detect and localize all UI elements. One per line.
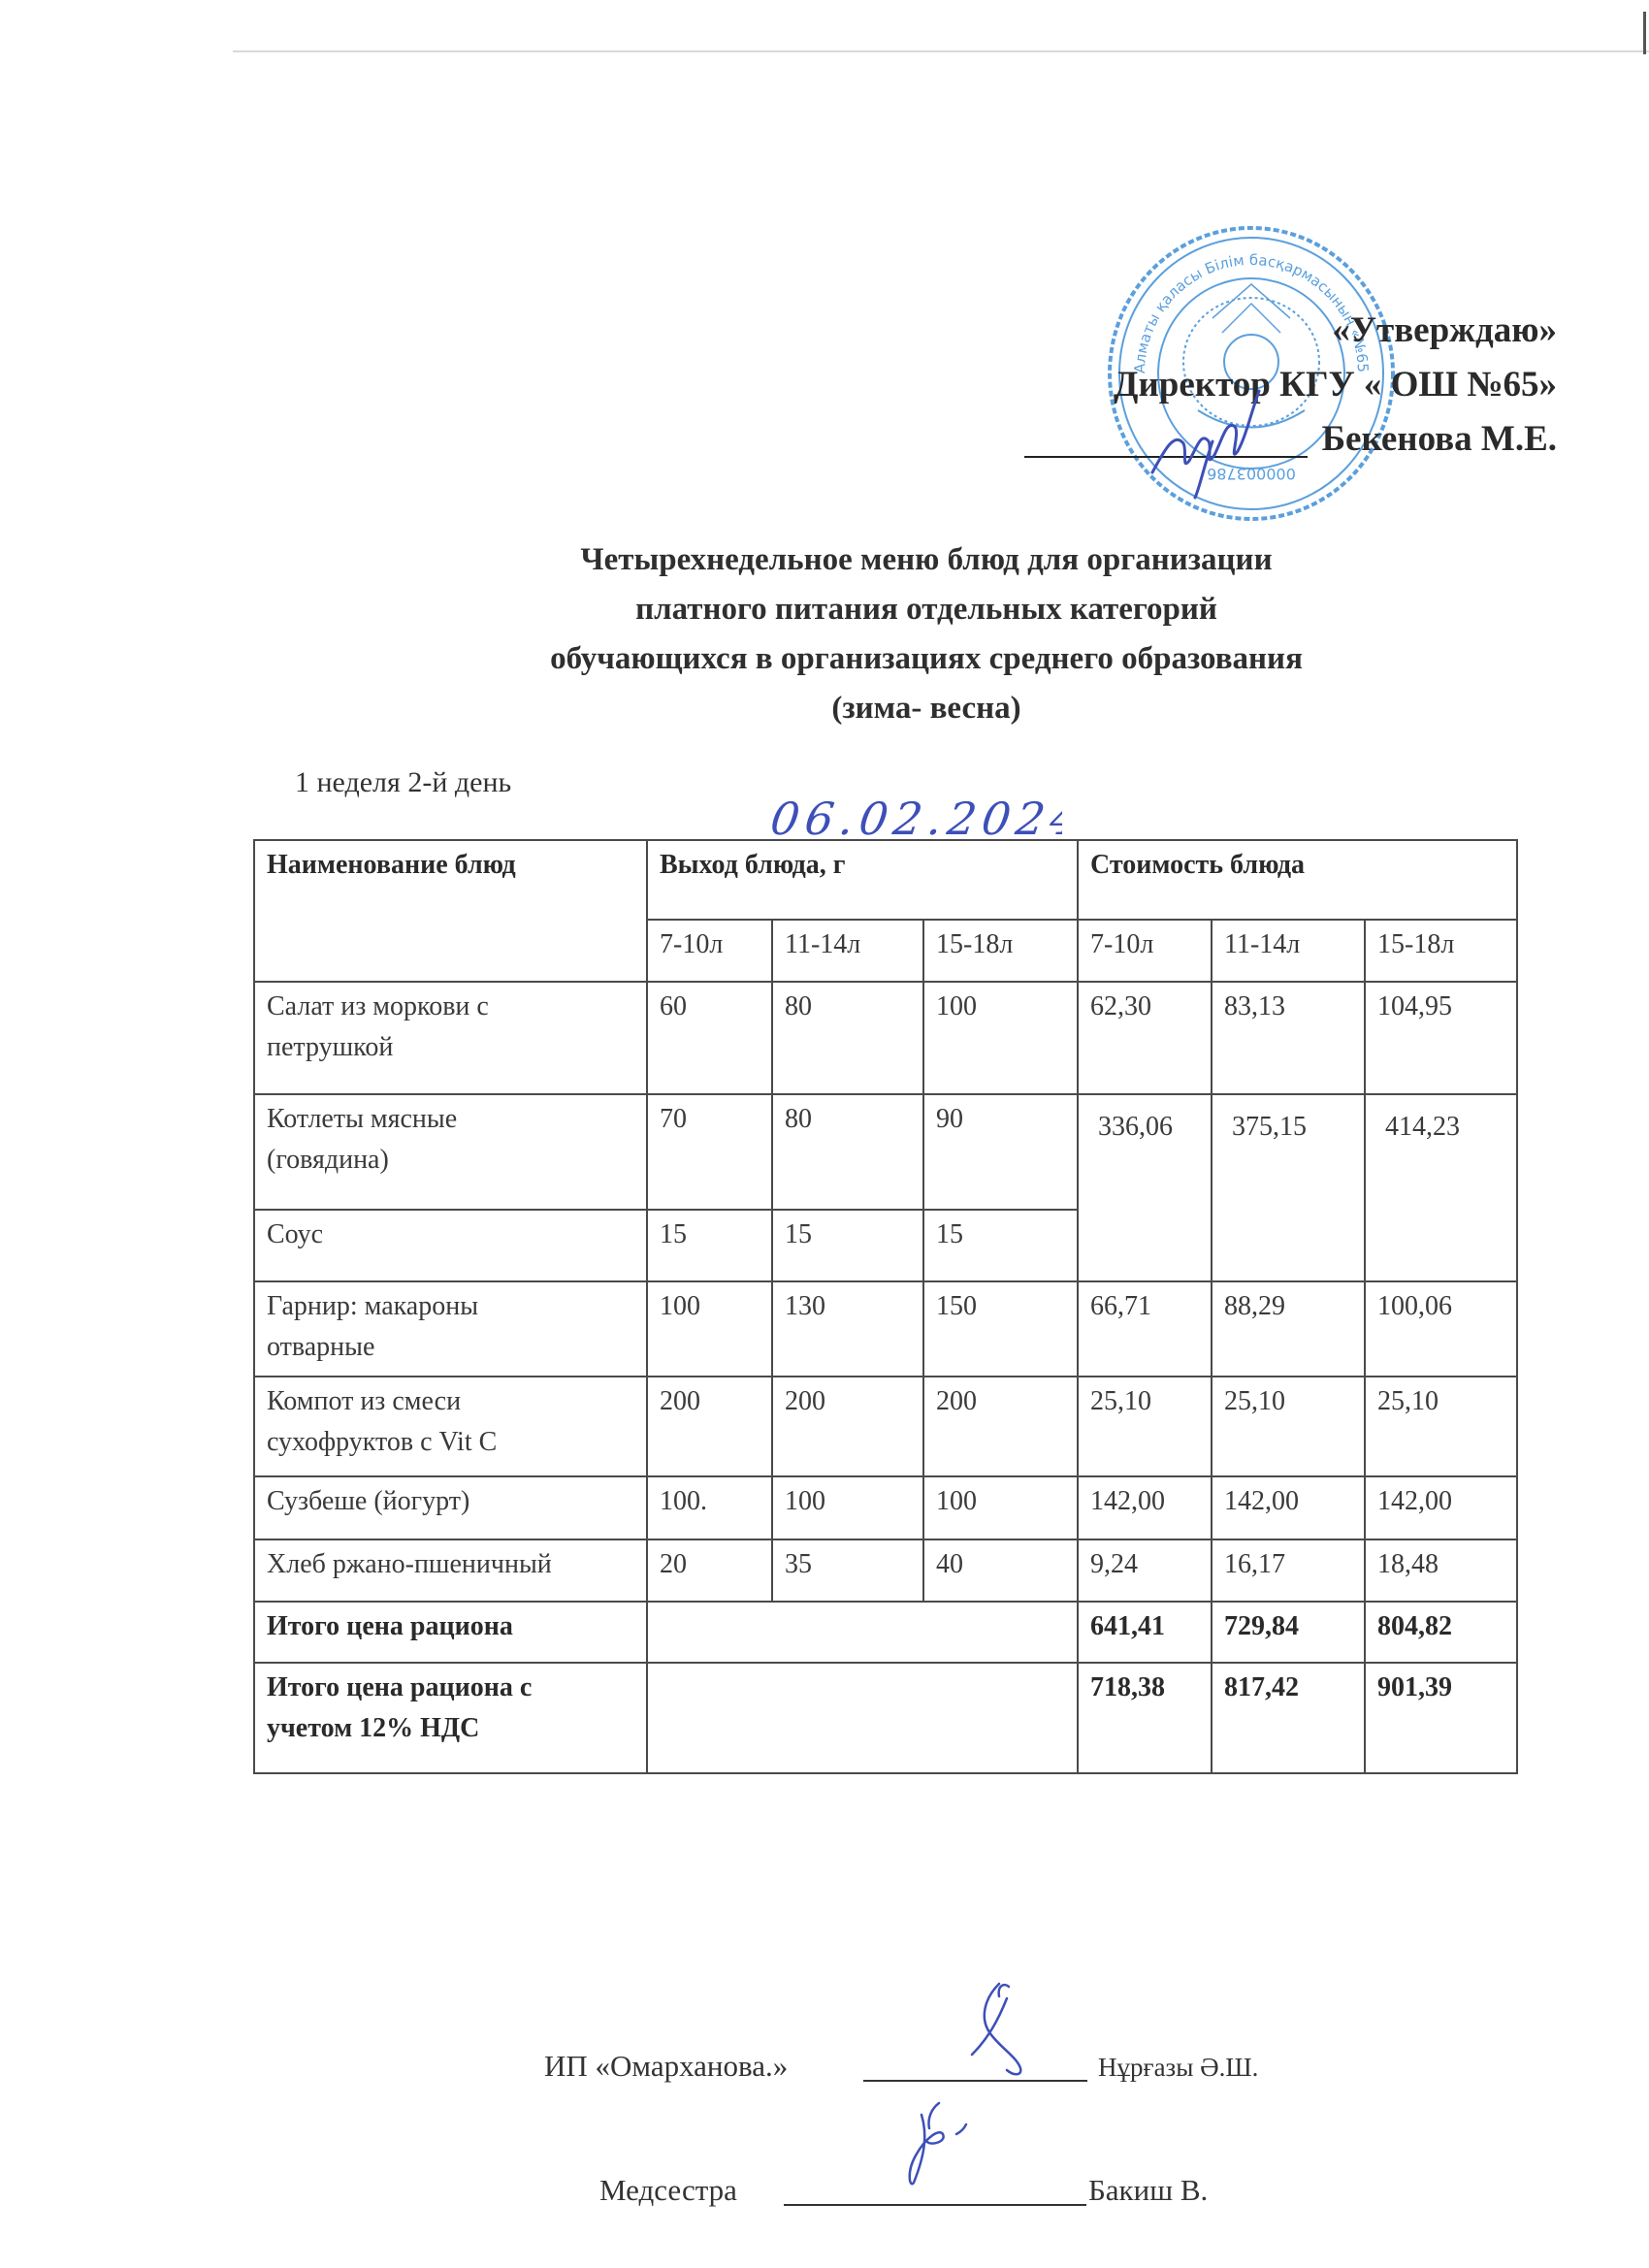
signature-line-2	[784, 2204, 1086, 2206]
row-rule	[253, 1539, 1518, 1540]
dish-yield: 150	[936, 1286, 977, 1327]
row-rule	[253, 1209, 1079, 1211]
dish-name: (говядина)	[267, 1140, 389, 1181]
header-bottom-rule	[253, 981, 1518, 983]
header-age-group: 11-14л	[1224, 924, 1300, 965]
dish-yield: 200	[785, 1381, 825, 1422]
dish-yield: 35	[785, 1544, 812, 1585]
header-age-group: 15-18л	[1377, 924, 1454, 965]
row-rule	[253, 1093, 1518, 1095]
total-label: Итого цена рациона	[267, 1606, 513, 1647]
dish-yield: 15	[785, 1215, 812, 1255]
header-sub-rule	[646, 919, 1518, 921]
title-line-1: Четырехнедельное меню блюд для организац…	[0, 535, 1649, 585]
dish-cost: 25,10	[1377, 1381, 1439, 1422]
dish-cost: 336,06	[1098, 1107, 1173, 1148]
dish-yield: 200	[936, 1381, 977, 1422]
total-value: 729,84	[1224, 1606, 1299, 1647]
dish-cost: 25,10	[1224, 1381, 1285, 1422]
col-rule	[922, 919, 924, 1603]
dish-yield: 100	[936, 987, 977, 1027]
signature-role-2: Медсестра	[599, 2173, 737, 2208]
dish-name: Хлеб ржано-пшеничный	[267, 1544, 552, 1585]
total-value: 804,82	[1377, 1606, 1452, 1647]
signature-role-1: ИП «Омарханова.»	[544, 2049, 788, 2084]
header-age-group: 7-10л	[1090, 924, 1153, 965]
dish-cost: 88,29	[1224, 1286, 1285, 1327]
dish-cost: 66,71	[1090, 1286, 1151, 1327]
dish-name: сухофруктов с Vit C	[267, 1422, 497, 1463]
dish-name: отварные	[267, 1327, 374, 1368]
dish-yield: 20	[660, 1544, 687, 1585]
dish-yield: 80	[785, 987, 812, 1027]
header-age-group: 7-10л	[660, 924, 723, 965]
total-value: 641,41	[1090, 1606, 1165, 1647]
dish-name: Сузбеше (йогурт)	[267, 1481, 469, 1522]
table-left-border	[253, 839, 255, 1774]
signature-name-1: Нұрғазы Ә.Ш.	[1098, 2053, 1258, 2083]
dish-yield: 130	[785, 1286, 825, 1327]
dish-cost: 16,17	[1224, 1544, 1285, 1585]
svg-text:06.02.2024: 06.02.2024	[771, 793, 1062, 845]
header-cost: Стоимость блюда	[1090, 845, 1305, 886]
row-rule	[253, 1601, 1518, 1603]
dish-cost: 9,24	[1090, 1544, 1138, 1585]
header-dish-name: Наименование блюд	[267, 845, 516, 886]
dish-yield: 200	[660, 1381, 700, 1422]
dish-cost: 142,00	[1377, 1481, 1452, 1522]
total-value: 817,42	[1224, 1668, 1299, 1708]
total-label: Итого цена рациона с	[267, 1668, 532, 1708]
signature-2-icon	[892, 2095, 980, 2192]
header-yield: Выход блюда, г	[660, 845, 846, 886]
total-label: учетом 12% НДС	[267, 1708, 479, 1749]
dish-cost: 104,95	[1377, 987, 1452, 1027]
week-day-label: 1 неделя 2-й день	[295, 766, 511, 799]
dish-cost: 142,00	[1224, 1481, 1299, 1522]
dish-yield: 15	[936, 1215, 963, 1255]
signature-1-icon	[960, 1979, 1038, 2081]
document-title: Четырехнедельное меню блюд для организац…	[0, 535, 1649, 733]
table-bottom-border	[253, 1772, 1518, 1774]
dish-yield: 40	[936, 1544, 963, 1585]
header-age-group: 15-18л	[936, 924, 1013, 965]
row-rule	[253, 1662, 1518, 1664]
header-age-group: 11-14л	[785, 924, 860, 965]
dish-cost: 83,13	[1224, 987, 1285, 1027]
dish-yield: 100	[936, 1481, 977, 1522]
col-rule	[1364, 919, 1366, 1774]
dish-cost: 25,10	[1090, 1381, 1151, 1422]
director-signature-icon	[1145, 383, 1271, 500]
dish-cost: 100,06	[1377, 1286, 1452, 1327]
dish-yield: 70	[660, 1099, 687, 1140]
dish-yield: 100	[660, 1286, 700, 1327]
dish-cost: 18,48	[1377, 1544, 1439, 1585]
dish-yield: 15	[660, 1215, 687, 1255]
table-top-border	[253, 839, 1518, 841]
title-line-3: обучающихся в организациях среднего обра…	[0, 634, 1649, 684]
scan-edge-mark	[1643, 12, 1646, 54]
dish-name: Котлеты мясные	[267, 1099, 457, 1140]
total-value: 718,38	[1090, 1668, 1165, 1708]
dish-yield: 90	[936, 1099, 963, 1140]
approval-header: «Утверждаю»	[1332, 309, 1557, 351]
dish-cost: 414,23	[1385, 1107, 1460, 1148]
dish-cost: 62,30	[1090, 987, 1151, 1027]
title-line-2: платного питания отдельных категорий	[0, 585, 1649, 634]
dish-name: Компот из смеси	[267, 1381, 461, 1422]
row-rule	[253, 1280, 1518, 1282]
title-line-4: (зима- весна)	[0, 684, 1649, 733]
dish-yield: 80	[785, 1099, 812, 1140]
approval-director-name: Бекенова М.Е.	[1322, 418, 1557, 460]
signature-name-2: Бакиш В.	[1088, 2173, 1208, 2208]
dish-yield: 100.	[660, 1481, 707, 1522]
dish-name: Соус	[267, 1215, 323, 1255]
dish-cost: 375,15	[1232, 1107, 1307, 1148]
row-rule	[253, 1376, 1518, 1377]
total-value: 901,39	[1377, 1668, 1452, 1708]
dish-yield: 60	[660, 987, 687, 1027]
col-rule	[1077, 839, 1079, 1774]
handwritten-date: 06.02.2024	[771, 784, 1062, 847]
col-rule	[771, 919, 773, 1603]
scan-border-line	[233, 50, 1649, 52]
dish-yield: 100	[785, 1481, 825, 1522]
dish-name: Гарнир: макароны	[267, 1286, 478, 1327]
dish-cost: 142,00	[1090, 1481, 1165, 1522]
col-rule	[646, 839, 648, 1774]
dish-name: Салат из моркови с	[267, 987, 489, 1027]
dish-name: петрушкой	[267, 1027, 393, 1068]
col-rule	[1211, 919, 1212, 1774]
table-right-border	[1516, 839, 1518, 1774]
row-rule	[253, 1475, 1518, 1477]
